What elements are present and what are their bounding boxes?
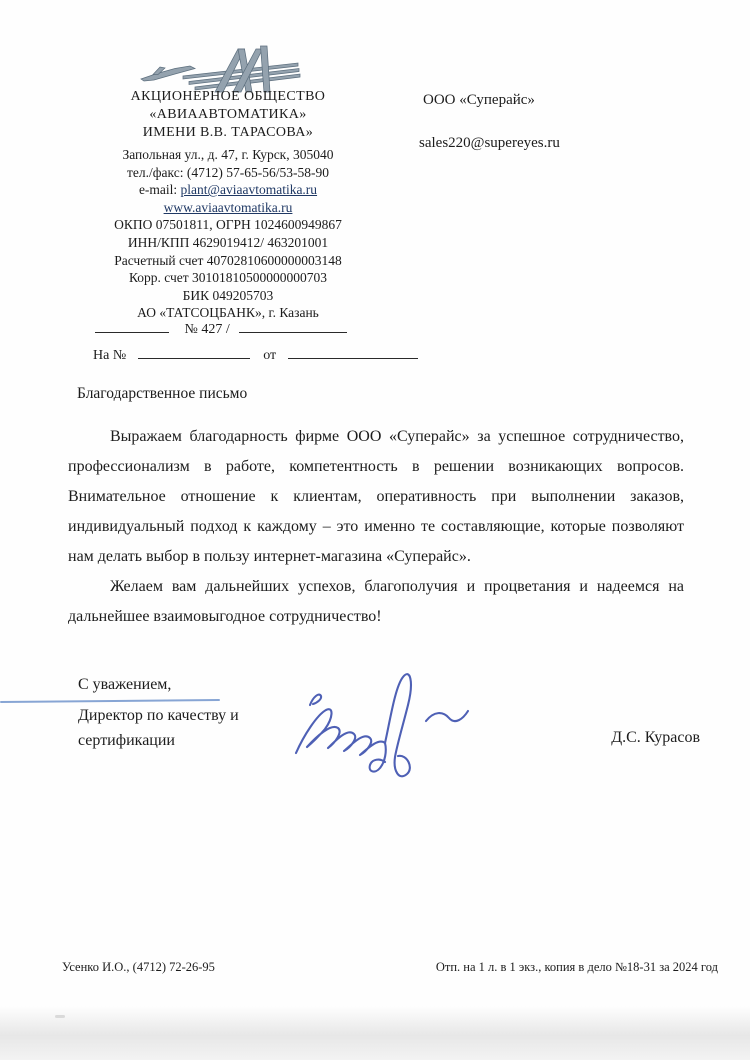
number-suffix-blank-line — [239, 318, 347, 333]
letter-body: Выражаем благодарность фирме ООО «Супера… — [68, 422, 684, 632]
incoming-number-blank-line — [138, 344, 250, 359]
org-okpo-ogrn: ОКПО 07501811, ОГРН 1024600949867 — [52, 216, 404, 234]
scanned-letter-page: АКЦИОНЕРНОЕ ОБЩЕСТВО «АВИААВТОМАТИКА» ИМ… — [0, 0, 750, 1060]
org-settlement-account: Расчетный счет 40702810600000003148 — [52, 252, 404, 270]
org-email-line: e-mail: plant@aviaavtomatika.ru — [52, 181, 404, 199]
org-website-link[interactable]: www.aviaavtomatika.ru — [164, 200, 293, 215]
outgoing-number: № 427 / — [173, 322, 236, 337]
incoming-date-blank-line — [288, 344, 418, 359]
letter-paragraph-1: Выражаем благодарность фирме ООО «Супера… — [68, 422, 684, 572]
ot-label: от — [263, 348, 276, 363]
na-label: На № — [93, 348, 126, 363]
recipient-name: ООО «Суперайс» — [423, 92, 535, 109]
org-website-line: www.aviaavtomatika.ru — [52, 199, 404, 217]
incoming-number-line: На № от — [93, 344, 418, 364]
scan-shadow-band — [0, 1006, 750, 1060]
pen-stroke-line — [0, 699, 220, 703]
salutation: С уважением, — [78, 676, 171, 694]
executor-info: Усенко И.О., (4712) 72-26-95 — [62, 960, 215, 975]
org-corr-account: Корр. счет 30101810500000000703 — [52, 269, 404, 287]
org-name-line1: АКЦИОНЕРНОЕ ОБЩЕСТВО — [52, 88, 404, 106]
outgoing-number-line: № 427 / — [95, 318, 347, 338]
letter-title: Благодарственное письмо — [77, 385, 247, 403]
recipient-email: sales220@supereyes.ru — [419, 135, 560, 152]
letter-paragraph-2: Желаем вам дальнейших успехов, благополу… — [68, 572, 684, 632]
org-email-link[interactable]: plant@aviaavtomatika.ru — [181, 182, 318, 197]
org-email-label: e-mail: — [139, 182, 181, 197]
org-bik: БИК 049205703 — [52, 287, 404, 305]
org-address: Запольная ул., д. 47, г. Курск, 305040 — [52, 146, 404, 164]
org-requisites-block: Запольная ул., д. 47, г. Курск, 305040 т… — [52, 146, 404, 322]
signature-ink-icon — [288, 655, 473, 790]
signer-position-line2: сертификации — [78, 732, 175, 750]
org-phone: тел./факс: (4712) 57-65-56/53-58-90 — [52, 164, 404, 182]
org-name-line2: «АВИААВТОМАТИКА» — [52, 106, 404, 124]
signer-name: Д.С. Курасов — [611, 729, 700, 747]
signer-position-line1: Директор по качеству и — [78, 707, 239, 725]
date-blank-line — [95, 318, 169, 333]
org-inn-kpp: ИНН/КПП 4629019412/ 463201001 — [52, 234, 404, 252]
copies-note: Отп. на 1 л. в 1 экз., копия в дело №18-… — [436, 960, 718, 975]
org-name-line3: ИМЕНИ В.В. ТАРАСОВА» — [52, 124, 404, 142]
org-name-block: АКЦИОНЕРНОЕ ОБЩЕСТВО «АВИААВТОМАТИКА» ИМ… — [52, 88, 404, 142]
